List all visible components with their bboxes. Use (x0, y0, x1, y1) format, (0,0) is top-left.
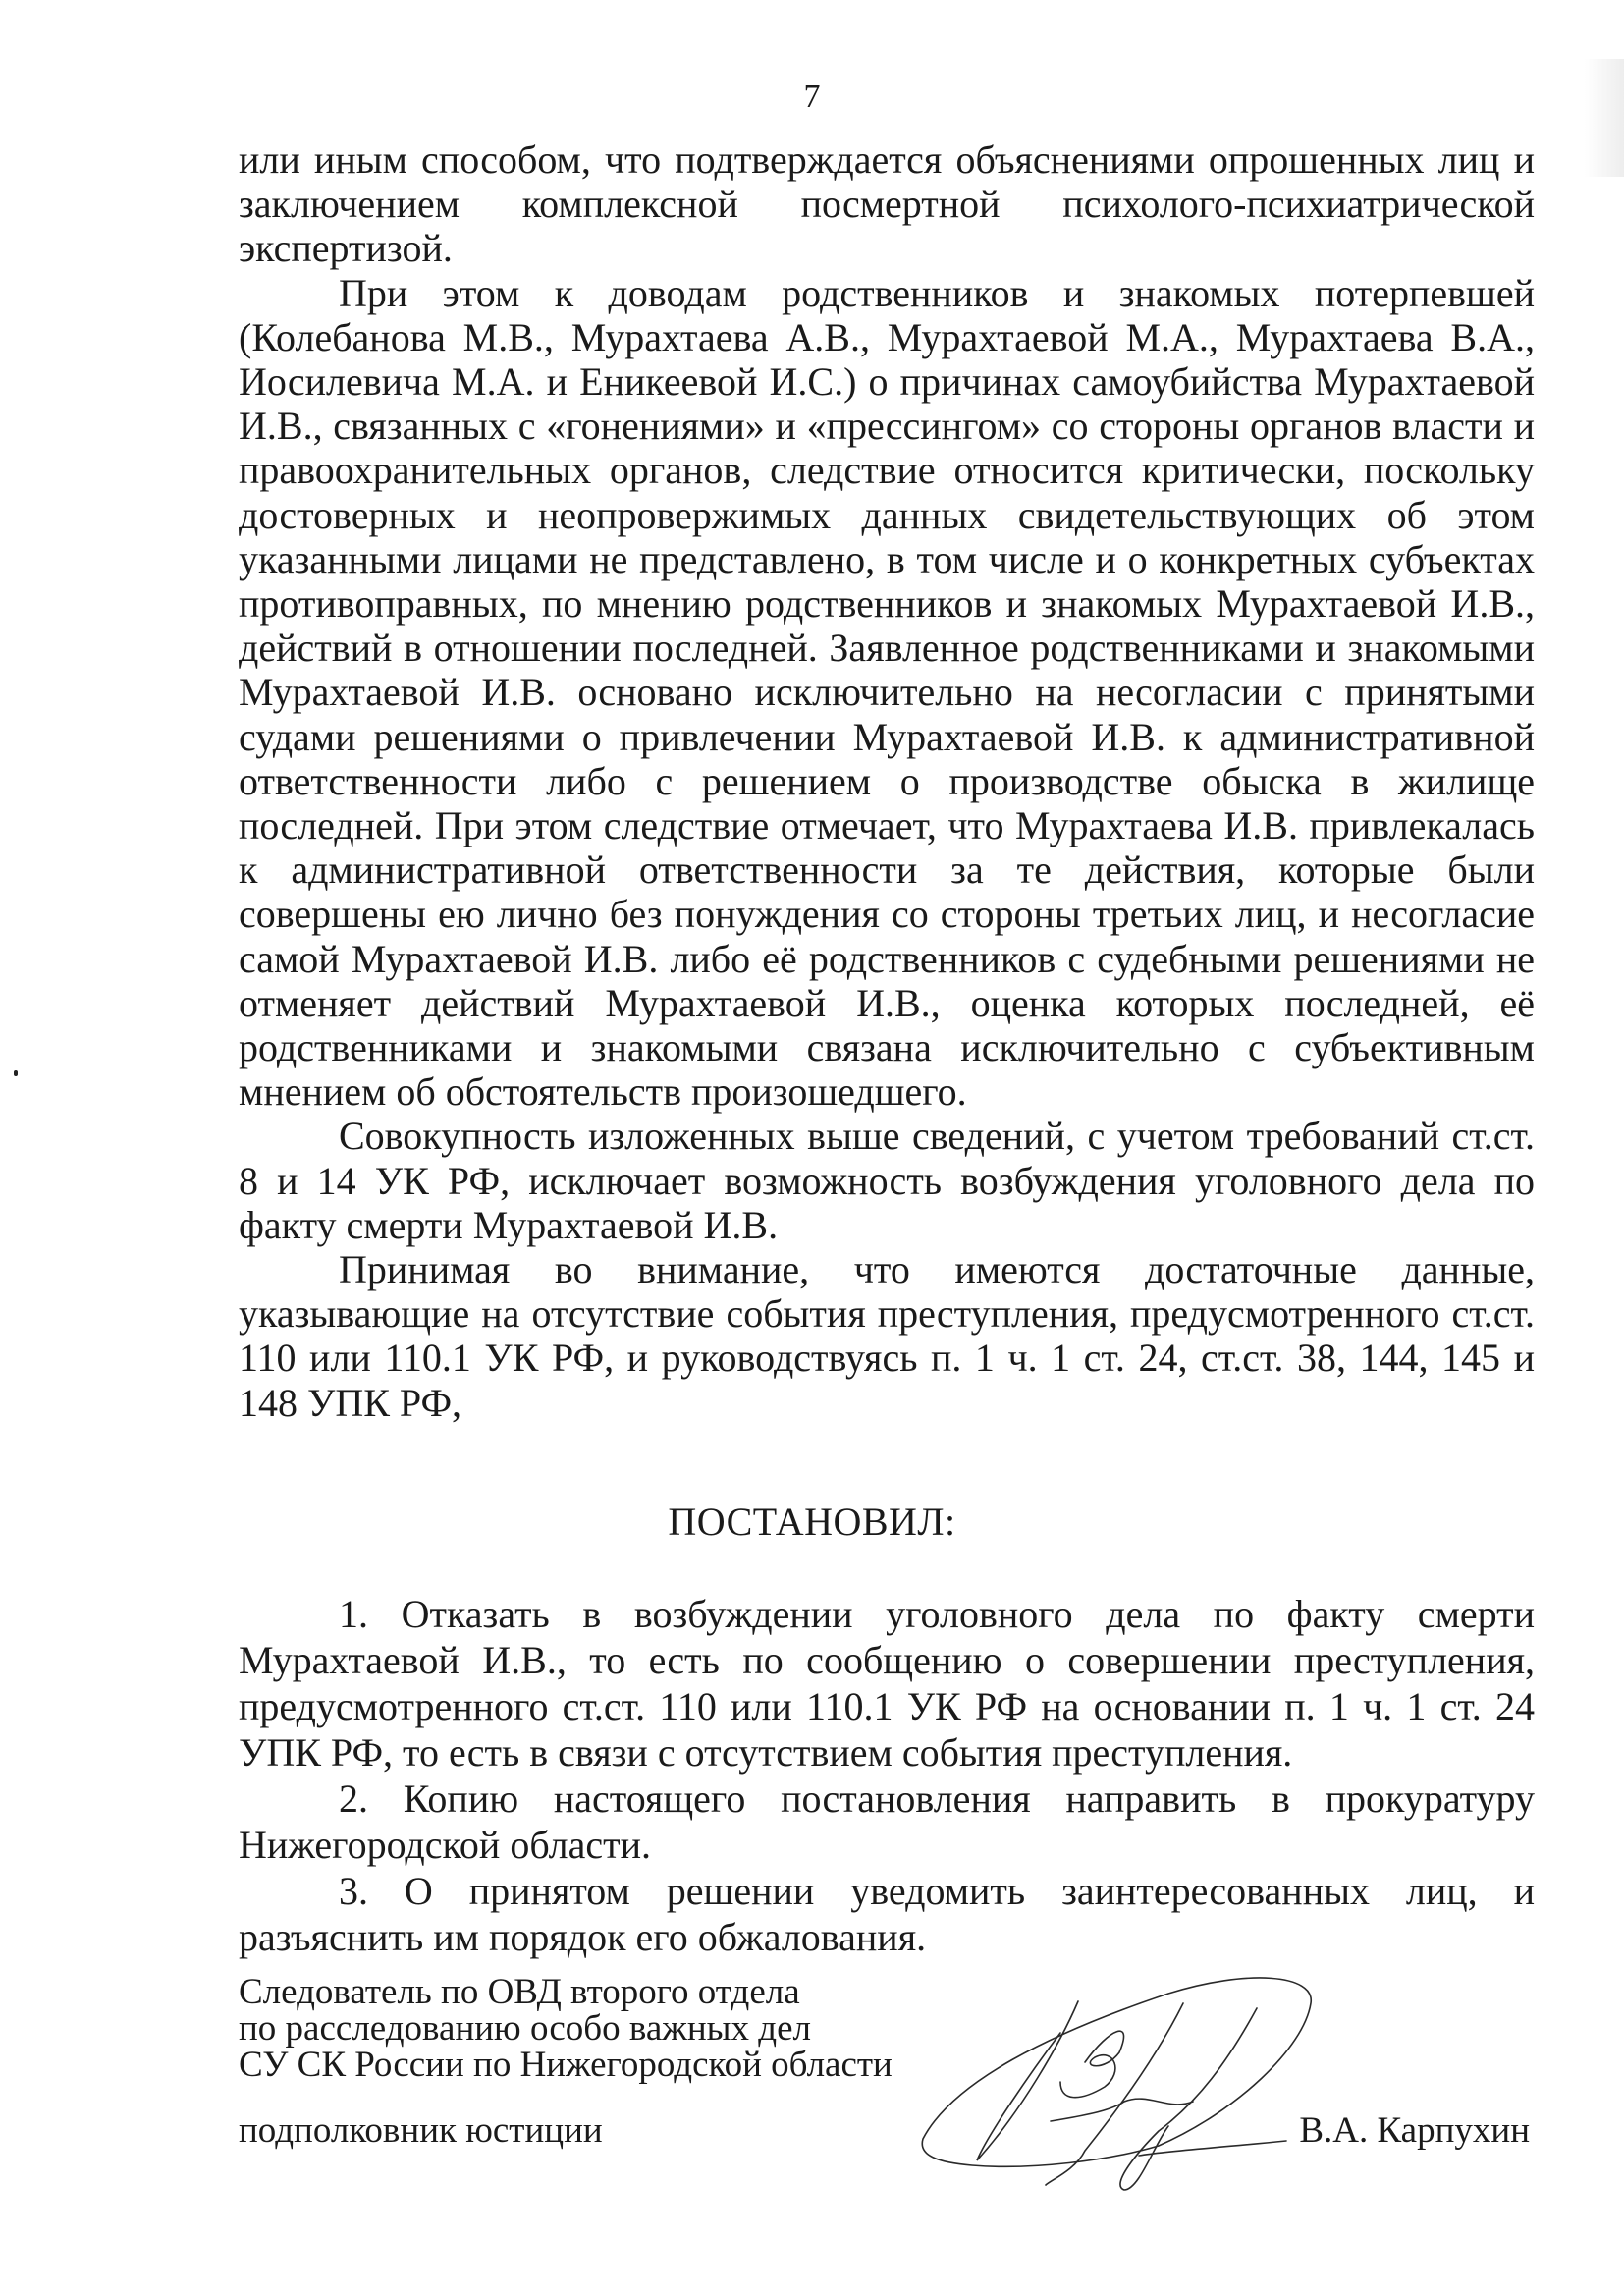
document-body: или иным способом, что подтверждается об… (239, 137, 1535, 1425)
position-line-3: СУ СК России по Нижегородской области (239, 2047, 893, 2083)
scan-edge-shadow (1585, 59, 1624, 177)
resolution-item-1: 1. Отказать в возбуждении уголовного дел… (239, 1591, 1535, 1776)
resolution-item-3: 3. О принятом решении уведомить заинтере… (239, 1868, 1535, 1960)
paragraph-conclusion: Совокупность изложенных выше сведений, с… (239, 1114, 1535, 1247)
handwritten-signature-icon (913, 1964, 1326, 2200)
paragraph-legal-basis: Принимая во внимание, что имеются достат… (239, 1247, 1535, 1425)
resolution-list: 1. Отказать в возбуждении уголовного дел… (239, 1591, 1535, 1960)
signatory-name: В.А. Карпухин (1299, 2109, 1530, 2152)
position-line-1: Следователь по ОВД второго отдела (239, 1974, 893, 2010)
page-number: 7 (0, 79, 1624, 116)
signatory-rank: подполковник юстиции (239, 2109, 603, 2152)
position-line-2: по расследованию особо важных дел (239, 2010, 893, 2047)
signatory-position: Следователь по ОВД второго отдела по рас… (239, 1974, 893, 2083)
scan-artifact (14, 1070, 18, 1076)
resolution-heading: ПОСТАНОВИЛ: (0, 1499, 1624, 1545)
paragraph-relatives-arguments: При этом к доводам родственников и знако… (239, 271, 1535, 1115)
resolution-item-2: 2. Копию настоящего постановления направ… (239, 1776, 1535, 1868)
paragraph-continuation: или иным способом, что подтверждается об… (239, 137, 1535, 271)
